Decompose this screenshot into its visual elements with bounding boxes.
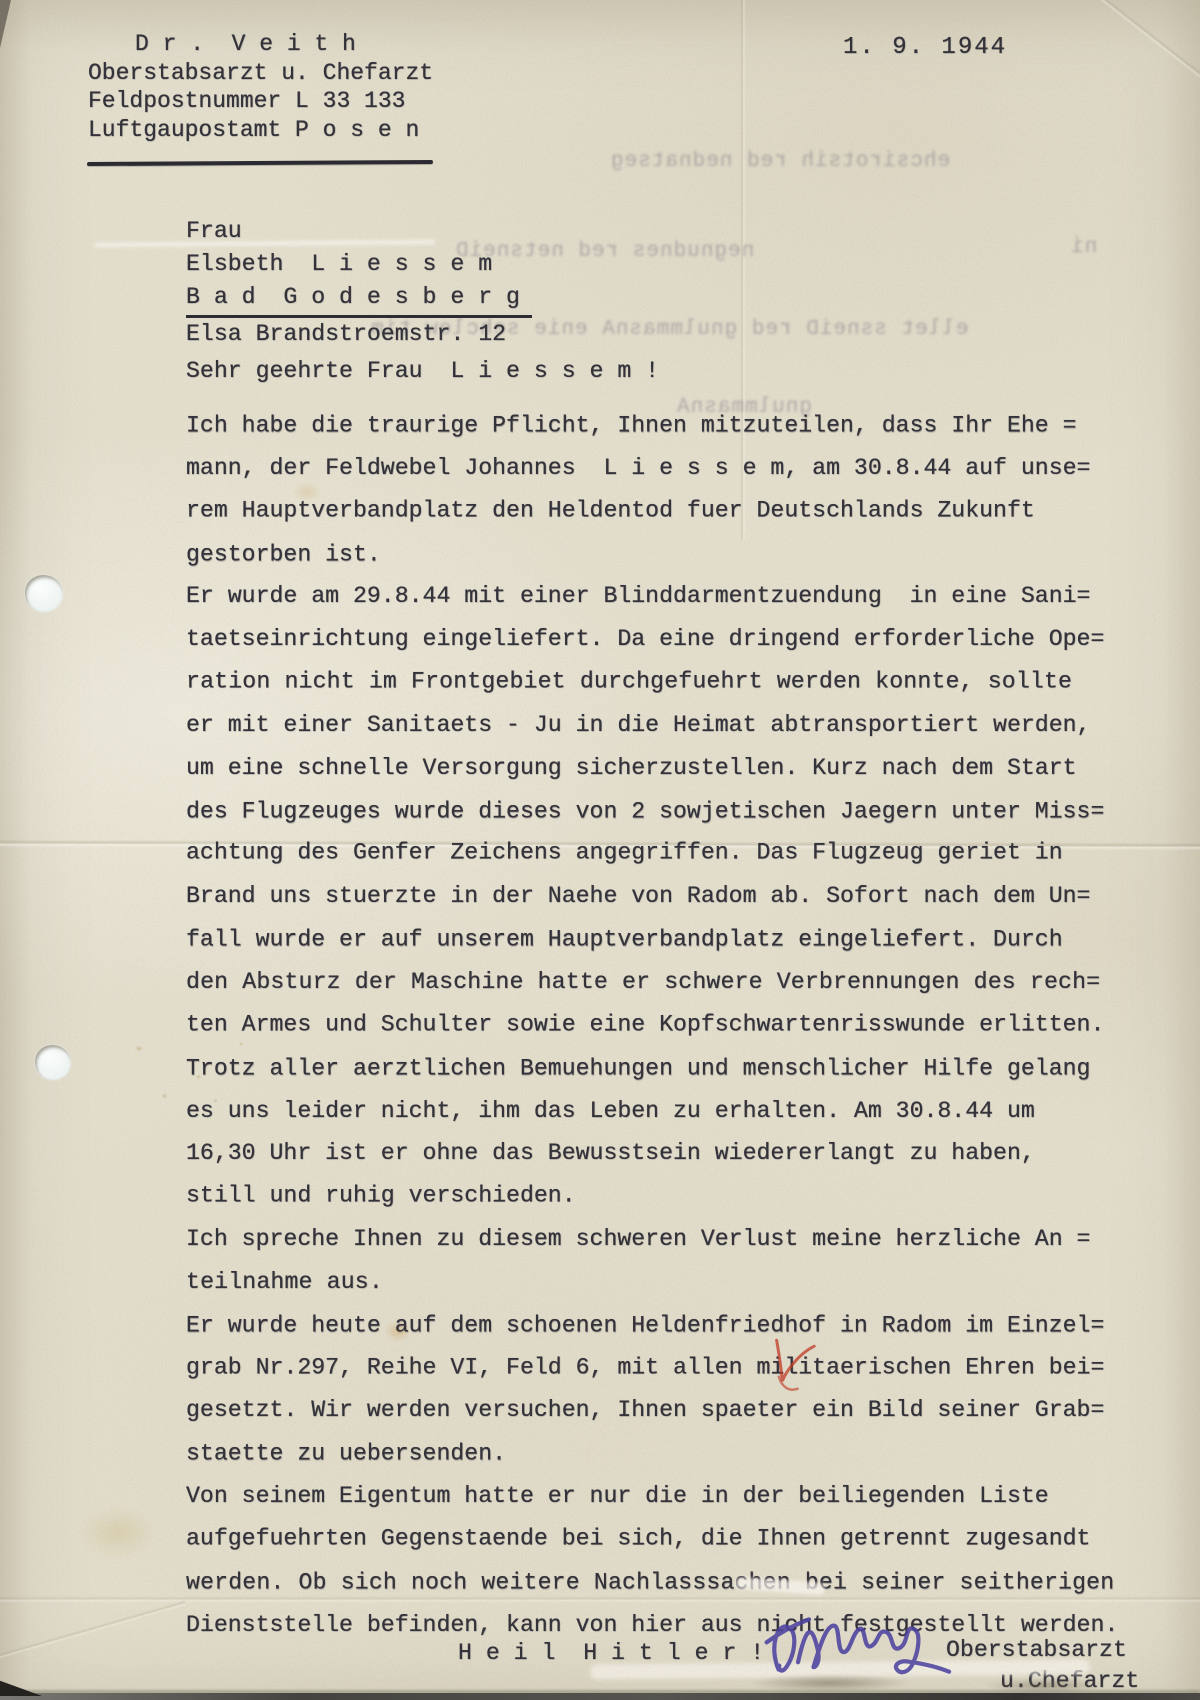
body-line: gestorben ist. <box>186 533 1118 576</box>
body-line: Er wurde am 29.8.44 mit einer Blinddarme… <box>186 575 1118 618</box>
letter-date: 1. 9. 1944 <box>843 34 1007 61</box>
body-line: ten Armes und Schulter sowie eine Kopfsc… <box>186 1003 1118 1046</box>
body-line: des Flugzeuges wurde dieses von 2 sowjet… <box>186 790 1118 833</box>
body-line: um eine schnelle Versorgung sicherzustel… <box>186 747 1118 790</box>
handwritten-signature-veith <box>761 1599 956 1690</box>
body-line: Er wurde heute auf dem schoenen Heldenfr… <box>186 1304 1118 1347</box>
diagonal-crease-top-right <box>1040 0 1200 139</box>
body-line: Ich habe die traurige Pflicht, Ihnen mit… <box>186 405 1118 448</box>
body-line: achtung des Genfer Zeichens angegriffen.… <box>186 832 1118 875</box>
scan-edge-bottom <box>0 1693 1200 1700</box>
letterhead-sender-name: D r . V e i t h <box>88 30 433 59</box>
recipient-salutation: Frau <box>186 215 532 248</box>
diagonal-crease-bottom-left <box>0 1600 187 1666</box>
body-line: aufgefuehrten Gegenstaende bei sich, die… <box>186 1517 1118 1560</box>
letterhead-underline <box>87 160 433 166</box>
body-line: mann, der Feldwebel Johannes L i e s s e… <box>186 447 1118 490</box>
bleed-through-text: ehcsirotsih red nednatseg <box>610 150 950 173</box>
punch-hole-top <box>25 575 63 612</box>
letterhead-sender-rank: Oberstabsarzt u. Chefarzt <box>88 59 433 88</box>
body-line: Von seinem Eigentum hatte er nur die in … <box>186 1475 1118 1518</box>
closing-salute: H e i l H i t l e r ! <box>458 1640 764 1666</box>
body-line: 16,30 Uhr ist er ohne das Bewusstsein wi… <box>186 1132 1118 1175</box>
punch-hole-bottom <box>35 1045 71 1080</box>
scanned-letter-page: ehcsirotsih red nednatseg negnudnes red … <box>0 0 1200 1700</box>
body-line: er mit einer Sanitaets - Ju in die Heima… <box>186 704 1118 747</box>
bleed-through-text: ni <box>1070 236 1097 259</box>
recipient-name: Elsbeth L i e s s e m <box>186 248 532 281</box>
stain-spot <box>78 1505 158 1560</box>
body-line: Brand uns stuerzte in der Naehe von Rado… <box>186 875 1118 918</box>
body-line: fall wurde er auf unserem Hauptverbandpl… <box>186 919 1118 962</box>
body-line: es uns leider nicht, ihm das Leben zu er… <box>186 1090 1118 1133</box>
letterhead-feldpost-number: Feldpostnummer L 33 133 <box>88 87 433 116</box>
body-line: grab Nr.297, Reihe VI, Feld 6, mit allen… <box>186 1346 1118 1389</box>
body-line: Trotz aller aerztlichen Bemuehungen und … <box>186 1047 1118 1090</box>
recipient-city: B a d G o d e s b e r g <box>186 281 532 318</box>
body-line: Ich spreche Ihnen zu diesem schweren Ver… <box>186 1218 1118 1261</box>
recipient-address: Frau Elsbeth L i e s s e m B a d G o d e… <box>186 215 532 351</box>
letterhead-post-office: Luftgaupostamt P o s e n <box>88 116 433 145</box>
body-line: staette zu uebersenden. <box>186 1433 1118 1476</box>
body-line: rem Hauptverbandplatz den Heldentod fuer… <box>186 489 1118 532</box>
letter-salutation: Sehr geehrte Frau L i e s s e m ! <box>186 358 659 384</box>
letter-body: Ich habe die traurige Pflicht, Ihnen mit… <box>186 404 1118 1646</box>
recipient-street: Elsa Brandstroemstr. 12 <box>186 318 532 351</box>
body-line: gesetzt. Wir werden versuchen, Ihnen spa… <box>186 1389 1118 1432</box>
body-line: den Absturz der Maschine hatte er schwer… <box>186 961 1118 1004</box>
body-line: werden. Ob sich noch weitere Nachlasssac… <box>186 1561 1118 1604</box>
scan-corner-top-left <box>0 0 11 48</box>
body-line: ration nicht im Frontgebiet durchgefuehr… <box>186 661 1118 704</box>
body-line: taetseinrichtung eingeliefert. Da eine d… <box>186 618 1118 661</box>
body-line: teilnahme aus. <box>186 1261 1118 1304</box>
body-line: still und ruhig verschieden. <box>186 1175 1118 1218</box>
recipient-city-underlined: B a d G o d e s b e r g <box>186 281 532 318</box>
letterhead: D r . V e i t h Oberstabsarzt u. Chefarz… <box>88 30 433 144</box>
red-pencil-mark <box>757 1335 827 1397</box>
